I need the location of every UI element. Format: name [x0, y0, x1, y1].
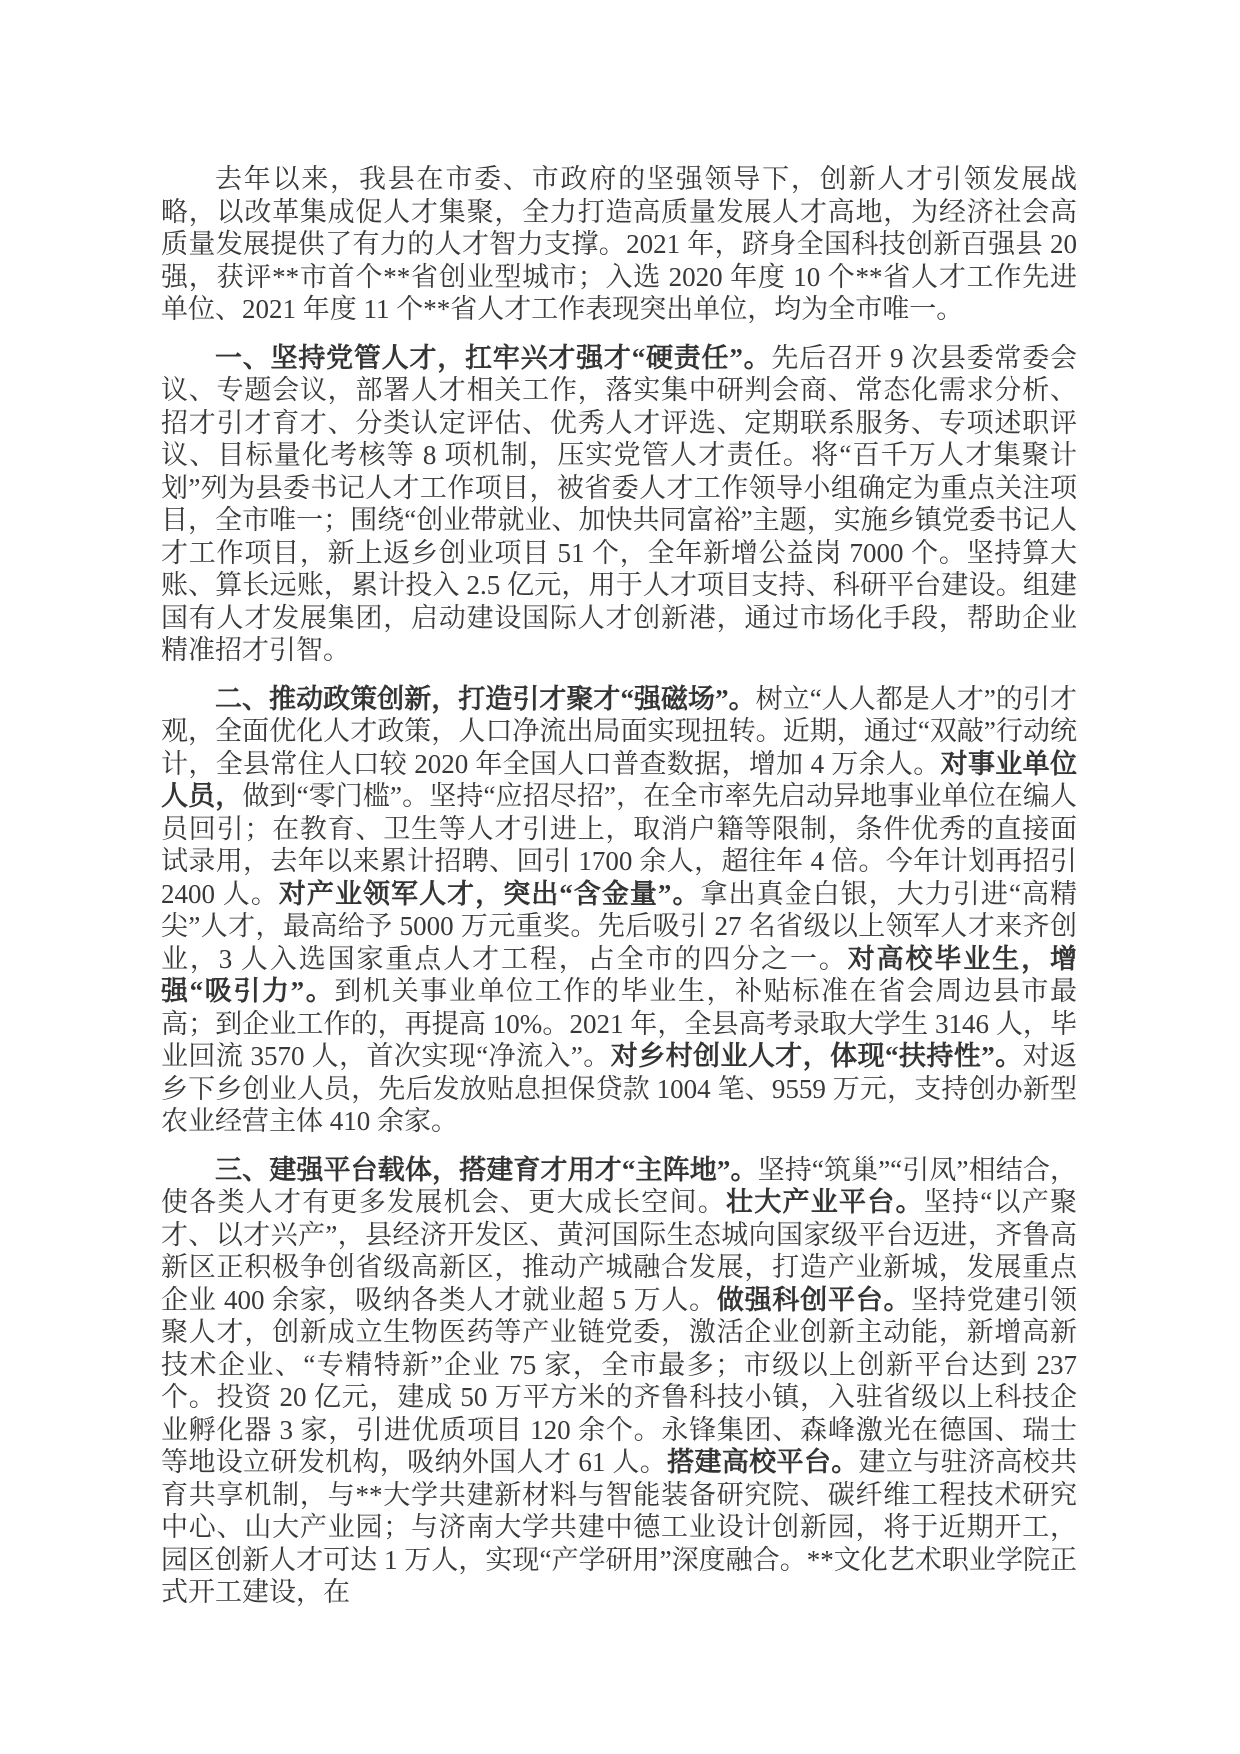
- emphasis-text-run: 二、推动政策创新，打造引才聚才“强磁场”。: [215, 684, 756, 714]
- paragraph: 去年以来，我县在市委、市政府的坚强领导下，创新人才引领发展战略，以改革集成促人才…: [161, 163, 1077, 326]
- emphasis-text-run: 壮大产业平台。: [726, 1187, 924, 1217]
- document-body: 去年以来，我县在市委、市政府的坚强领导下，创新人才引领发展战略，以改革集成促人才…: [0, 0, 1240, 1609]
- document-page: 去年以来，我县在市委、市政府的坚强领导下，创新人才引领发展战略，以改革集成促人才…: [0, 0, 1240, 1754]
- emphasis-text-run: 三、建强平台载体，搭建育才用才“主阵地”。: [215, 1155, 758, 1185]
- emphasis-text-run: 一、坚持党管人才，扛牢兴才强才“硬责任”。: [215, 343, 771, 373]
- emphasis-text-run: 做强科创平台。: [717, 1285, 911, 1315]
- paragraph: 三、建强平台载体，搭建育才用才“主阵地”。坚持“筑巢”“引凤”相结合，使各类人才…: [161, 1154, 1077, 1609]
- paragraph: 一、坚持党管人才，扛牢兴才强才“硬责任”。先后召开 9 次县委常委会议、专题会议…: [161, 342, 1077, 667]
- paragraph: 二、推动政策创新，打造引才聚才“强磁场”。树立“人人都是人才”的引才观，全面优化…: [161, 683, 1077, 1138]
- emphasis-text-run: 对乡村创业人才，体现“扶持性”。: [611, 1041, 1023, 1071]
- text-run: 去年以来，我县在市委、市政府的坚强领导下，创新人才引领发展战略，以改革集成促人才…: [161, 164, 1077, 324]
- emphasis-text-run: 搭建高校平台。: [667, 1447, 858, 1477]
- text-run: 先后召开 9 次县委常委会议、专题会议，部署人才相关工作，落实集中研判会商、常态…: [161, 343, 1077, 666]
- emphasis-text-run: 对产业领军人才，突出“含金量”。: [279, 879, 701, 909]
